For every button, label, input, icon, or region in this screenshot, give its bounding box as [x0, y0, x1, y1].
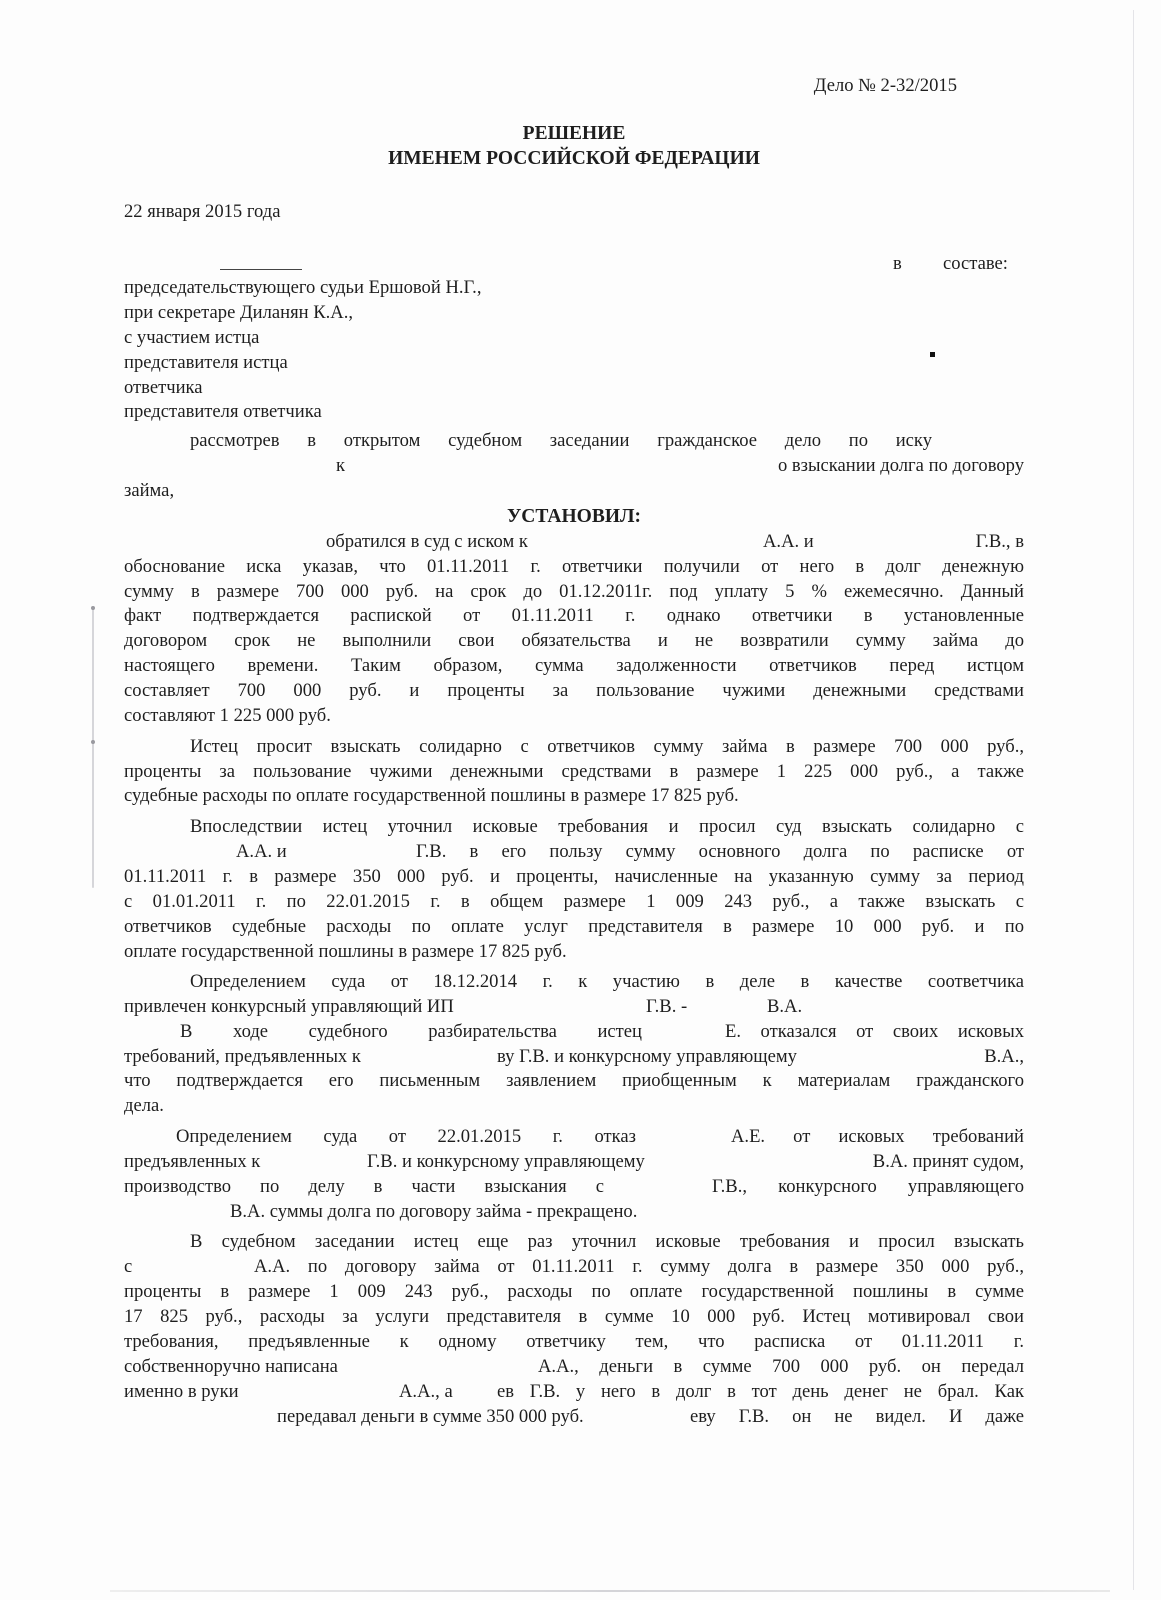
- paragraph-line: Определением суда от 22.01.2015 г. отказ: [176, 1125, 636, 1149]
- defendant-representative: представителя ответчика: [124, 400, 1024, 424]
- paragraph-line: А.А. по договору займа от 01.11.2011 г. …: [254, 1255, 1024, 1279]
- paragraph-line: договором срок не выполнили свои обязате…: [124, 629, 1024, 653]
- paragraph-line: В.А.: [767, 995, 1161, 1019]
- composition-label: составе:: [943, 252, 1033, 276]
- paragraph-line: судебные расходы по оплате государственн…: [124, 784, 1024, 808]
- paragraph-line: что подтверждается его письменным заявле…: [124, 1069, 1024, 1093]
- paragraph-line: В.А.,: [965, 1045, 1024, 1069]
- paragraph-line: В ходе судебного разбирательства истец: [180, 1020, 642, 1044]
- paragraph-line: ву Г.В. и конкурсному управляющему: [497, 1045, 1161, 1069]
- paragraph-line: Г.В., в: [945, 530, 1024, 554]
- staple-crease-mark: [92, 608, 94, 888]
- preamble-line: займа,: [124, 479, 1024, 503]
- paragraph-line: В судебном заседании истец еще раз уточн…: [190, 1230, 1024, 1254]
- paragraph-line: ев Г.В. у него в долг в тот день денег н…: [497, 1380, 1024, 1404]
- presiding-judge: председательствующего судьи Ершовой Н.Г.…: [124, 276, 1024, 300]
- plaintiff-representative: представителя истца: [124, 351, 1024, 375]
- plaintiff-participation: с участием истца: [124, 326, 1024, 350]
- paragraph-line: В.А. суммы долга по договору займа - пре…: [230, 1200, 1130, 1224]
- paragraph-line: 17 825 руб., расходы за услуги представи…: [124, 1305, 1024, 1329]
- paragraph-line: составляет 700 000 руб. и проценты за по…: [124, 679, 1024, 703]
- paragraph-line: факт подтверждается распиской от 01.11.2…: [124, 604, 1024, 628]
- paragraph-line: дела.: [124, 1094, 1024, 1118]
- paragraph-line: Е. отказался от своих исковых: [725, 1020, 1024, 1044]
- paragraph-line: обоснование иска указав, что 01.11.2011 …: [124, 555, 1024, 579]
- defendant: ответчика: [124, 376, 1024, 400]
- crease-dot: [91, 740, 95, 744]
- preamble-line: о взыскании долга по договору: [720, 454, 1024, 478]
- paragraph-line: сумму в размере 700 000 руб. на срок до …: [124, 580, 1024, 604]
- document-title: РЕШЕНИЕ: [124, 122, 1024, 146]
- paragraph-line: составляют 1 225 000 руб.: [124, 704, 1024, 728]
- section-heading: УСТАНОВИЛ:: [124, 505, 1024, 529]
- crease-dot: [91, 606, 95, 610]
- paragraph-line: проценты за пользование чужими денежными…: [124, 760, 1024, 784]
- paragraph-line: Определением суда от 18.12.2014 г. к уча…: [190, 970, 1024, 994]
- paragraph-line: проценты в размере 1 009 243 руб., расхо…: [124, 1280, 1024, 1304]
- decision-date: 22 января 2015 года: [124, 200, 1024, 224]
- paragraph-line: А.Е. от исковых требований: [731, 1125, 1024, 1149]
- paragraph-line: Г.В., конкурсного управляющего: [712, 1175, 1024, 1199]
- paragraph-line: оплате государственной пошлины в размере…: [124, 940, 1024, 964]
- preamble-line: рассмотрев в открытом судебном заседании…: [190, 429, 932, 453]
- paragraph-line: требования, предъявленные к одному ответ…: [124, 1330, 1024, 1354]
- page-edge-bottom: [110, 1590, 1110, 1592]
- paragraph-line: Г.В. и конкурсному управляющему: [367, 1150, 1161, 1174]
- secretary: при секретаре Диланян К.А.,: [124, 301, 1024, 325]
- blank-underline: [220, 269, 302, 270]
- paragraph-line: с 01.01.2011 г. по 22.01.2015 г. в общем…: [124, 890, 1024, 914]
- paragraph-line: Истец просит взыскать солидарно с ответч…: [190, 735, 1024, 759]
- paragraph-line: 01.11.2011 г. в размере 350 000 руб. и п…: [124, 865, 1024, 889]
- paragraph-line: ответчиков судебные расходы по оплате ус…: [124, 915, 1024, 939]
- paragraph-line: настоящего времени. Таким образом, сумма…: [124, 654, 1024, 678]
- paragraph-line: А.А., деньги в сумме 700 000 руб. он пер…: [538, 1355, 1024, 1379]
- paragraph-line: В.А. принят судом,: [840, 1150, 1024, 1174]
- page-edge-right: [1133, 10, 1134, 1590]
- paragraph-line: Впоследствии истец уточнил исковые требо…: [190, 815, 1024, 839]
- document-subtitle: ИМЕНЕМ РОССИЙСКОЙ ФЕДЕРАЦИИ: [124, 147, 1024, 171]
- paragraph-line: еву Г.В. он не видел. И даже: [690, 1405, 1024, 1429]
- paragraph-line: производство по делу в части взыскания с: [124, 1175, 604, 1199]
- paragraph-line: Г.В. в его пользу сумму основного долга …: [416, 840, 1024, 864]
- case-number: Дело № 2-32/2015: [124, 74, 957, 98]
- scanned-court-decision-page: Дело № 2-32/2015 РЕШЕНИЕ ИМЕНЕМ РОССИЙСК…: [0, 0, 1161, 1600]
- composition-label-in: в: [893, 252, 923, 276]
